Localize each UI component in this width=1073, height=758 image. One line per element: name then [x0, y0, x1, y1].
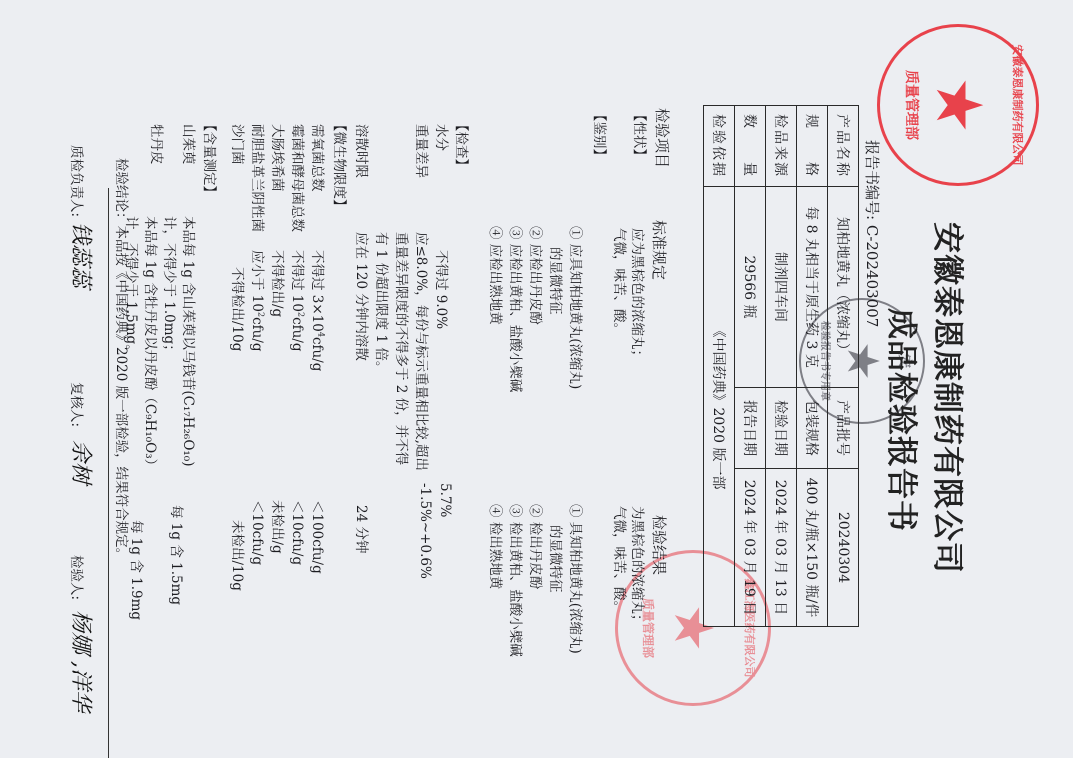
microbial-standard: 应小于 102cfu/g [249, 250, 269, 352]
disintegration-standard: 应在 120 分钟内溶散 [353, 232, 373, 361]
microbial-standard-text: 不得检出/g [269, 250, 285, 317]
table-row: 产品名称 知柏地黄丸（浓缩丸） 产品批号 20240304 [828, 106, 859, 627]
mudanpi-label: 牡丹皮 [148, 124, 168, 165]
moisture-result: 5.7% [437, 483, 453, 517]
microbial-label: 大肠埃希菌 [269, 124, 289, 192]
quantity-value: 29566 瓶 [735, 187, 766, 388]
character-standard-line: 应为黑棕色的浓缩丸； [629, 228, 649, 363]
column-header-result: 检验结果 [649, 515, 670, 575]
character-result-line: 气微，味苦、酸。 [611, 506, 631, 614]
batch-no-label: 产品批号 [828, 388, 859, 469]
table-row: 规 格 每 8 丸相当于原生药 3 克 包装规格 400 丸/瓶×150 瓶/件 [797, 106, 828, 627]
inspection-date-value: 2024 年 03 月 13 日 [766, 469, 797, 627]
star-icon: ★ [926, 76, 990, 133]
stamp-outer-text: 安徽泰恩康制药有限公司 [1010, 45, 1026, 166]
microbial-label: 耐胆盐革兰阴性菌 [249, 124, 269, 232]
table-row: 检验依据 《中国药典》2020 版一部 [704, 106, 735, 627]
source-label: 检品来源 [766, 106, 797, 187]
microbial-result: ＜100cfu/g [309, 500, 329, 574]
identification-standard-line: ③ 应检出黄柏、盐酸小檗碱 [507, 226, 527, 392]
inspector-label: 检验人: [68, 555, 88, 600]
weight-variation-standard-line: 有 1 份超出限度 1 倍。 [373, 232, 393, 374]
microbial-standard-text: 应小于 10 [249, 250, 265, 312]
spec-label: 规 格 [797, 106, 828, 187]
section-inspection-title: 【检查】 [453, 118, 473, 172]
qa-manager-label: 质检负责人: [68, 145, 88, 217]
microbial-standard-text: 不得过 3×10 [309, 250, 325, 332]
packaging-label: 包装规格 [797, 388, 828, 469]
microbial-result: ＜10cfu/g [289, 500, 309, 565]
microbial-label: 沙门菌 [229, 124, 249, 165]
microbial-result: 未检出/10g [229, 520, 249, 591]
microbial-result: 未检出/g [269, 500, 289, 554]
divider-line [108, 188, 109, 758]
microbial-label: 需氧菌总数 [309, 124, 329, 192]
packaging-value: 400 丸/瓶×150 瓶/件 [797, 469, 828, 627]
section-assay-title: 【含量测定】 [201, 118, 221, 199]
microbial-label: 霉菌和酵母菌总数 [289, 124, 309, 232]
microbial-standard: 不得过 102cfu/g [289, 250, 309, 352]
microbial-result: ＜10cfu/g [249, 500, 269, 565]
character-standard-line: 气微，味苦、酸。 [611, 228, 631, 336]
report-number-label: 报告书编号: [863, 140, 881, 220]
moisture-label: 水分 [433, 124, 453, 151]
reviewer-signature: 余树 [67, 440, 98, 484]
identification-standard-line: ① 应具知柏地黄丸(浓缩丸) [567, 226, 587, 389]
shanzhuyu-standard-line: 计，不得少于 1.0mg； [161, 216, 181, 358]
identification-result-line: ② 检出丹皮酚 [527, 504, 547, 589]
company-title: 安徽泰恩康制药有限公司 [928, 222, 973, 574]
table-row: 数 量 29566 瓶 报告日期 2024 年 03 月 19 日 [735, 106, 766, 627]
character-result-line: 为黑棕色的浓缩丸； [629, 506, 649, 628]
column-header-item: 检验项目 [652, 108, 673, 168]
microbial-standard: 不得过 3×104cfu/g [309, 250, 329, 371]
reviewer-label: 复核人: [68, 382, 88, 427]
identification-result-line: 的显微特征 [547, 525, 567, 593]
report-title: 成品检验报告书 [882, 308, 927, 532]
stamp-inner-text: 质量管理部 [902, 70, 922, 140]
table-row: 检品来源 制剂四车间 检验日期 2024 年 03 月 13 日 [766, 106, 797, 627]
product-name-label: 产品名称 [828, 106, 859, 187]
section-character-title: 【性状】 [631, 108, 651, 162]
inspection-date-label: 检验日期 [766, 388, 797, 469]
column-header-standard: 标准规定 [649, 220, 670, 280]
disintegration-label: 溶散时限 [353, 124, 373, 178]
microbial-standard-unit: cfu/g [249, 317, 265, 351]
report-date-label: 报告日期 [735, 388, 766, 469]
section-identification-title: 【鉴别】 [591, 108, 611, 162]
identification-result-line: ④ 检出熟地黄 [487, 504, 507, 589]
identification-result-line: ③ 检出黄柏、盐酸小檗碱 [507, 504, 527, 657]
spec-value: 每 8 丸相当于原生药 3 克 [797, 187, 828, 388]
product-info-table: 产品名称 知柏地黄丸（浓缩丸） 产品批号 20240304 规 格 每 8 丸相… [703, 105, 859, 627]
section-microbial-title: 【微生物限度】 [331, 118, 351, 213]
identification-standard-line: ④ 应检出熟地黄 [487, 226, 507, 325]
microbial-standard-unit: cfu/g [289, 317, 305, 351]
weight-variation-standard-line: 重量差异限度的不得多于 2 份，并不得 [393, 232, 413, 465]
weight-variation-label: 重量差异 [413, 124, 433, 178]
source-value: 制剂四车间 [766, 187, 797, 388]
shanzhuyu-standard-line: 本品每 1g 含山茱萸以马钱苷(C₁₇H₂₆O₁₀) [180, 216, 200, 467]
microbial-standard: 不得检出/10g [229, 267, 249, 351]
microbial-standard-text: 不得过 10 [289, 250, 305, 312]
weight-variation-standard-line: 应≤8.0%，每份与标示重量相比较,超出 [413, 232, 433, 471]
product-name-value: 知柏地黄丸（浓缩丸） [828, 187, 859, 388]
microbial-standard: 不得检出/g [269, 250, 289, 317]
shanzhuyu-label: 山茱萸 [180, 124, 200, 165]
disintegration-result: 24 分钟 [353, 505, 373, 553]
mudanpi-standard-line: 本品每 1g 含牡丹皮以丹皮酚（C₉H₁₀O₃） [142, 216, 162, 472]
shanzhuyu-result: 每 1g 含 1.5mg [168, 505, 188, 605]
microbial-standard-text: 不得检出/10g [229, 267, 245, 351]
report-number: 报告书编号: C-202403007 [862, 140, 883, 327]
qa-manager-signature: 钱蕊蕊 [67, 222, 98, 288]
moisture-standard: 不得过 9.0% [433, 250, 453, 329]
inspector-signature: 杨娜 ,洋华 [67, 610, 98, 712]
identification-standard-line: 的显微特征 [547, 247, 567, 315]
batch-no-value: 20240304 [828, 469, 859, 627]
identification-result-line: ① 具知柏地黄丸(浓缩丸) [567, 504, 587, 654]
company-quality-stamp: ★ 安徽泰恩康制药有限公司 质量管理部 [877, 24, 1039, 186]
basis-label: 检验依据 [704, 106, 735, 187]
report-date-value: 2024 年 03 月 19 日 [735, 469, 766, 627]
weight-variation-result: -1.5%~+0.6% [417, 483, 433, 579]
identification-standard-line: ② 应检出丹皮酚 [527, 226, 547, 325]
microbial-standard-unit: cfu/g [309, 337, 325, 371]
conclusion: 检验结论：本品按《中国药典》2020 版一部检验，结果符合规定。 [113, 158, 133, 561]
report-number-value: C-202403007 [863, 225, 881, 327]
inspection-report-page: ★ 安徽泰恩康制药有限公司 质量管理部 ★ 安 检验报告书专用章 ★ 鑫江海医药… [0, 0, 1073, 758]
basis-value: 《中国药典》2020 版一部 [704, 187, 735, 627]
quantity-label: 数 量 [735, 106, 766, 187]
